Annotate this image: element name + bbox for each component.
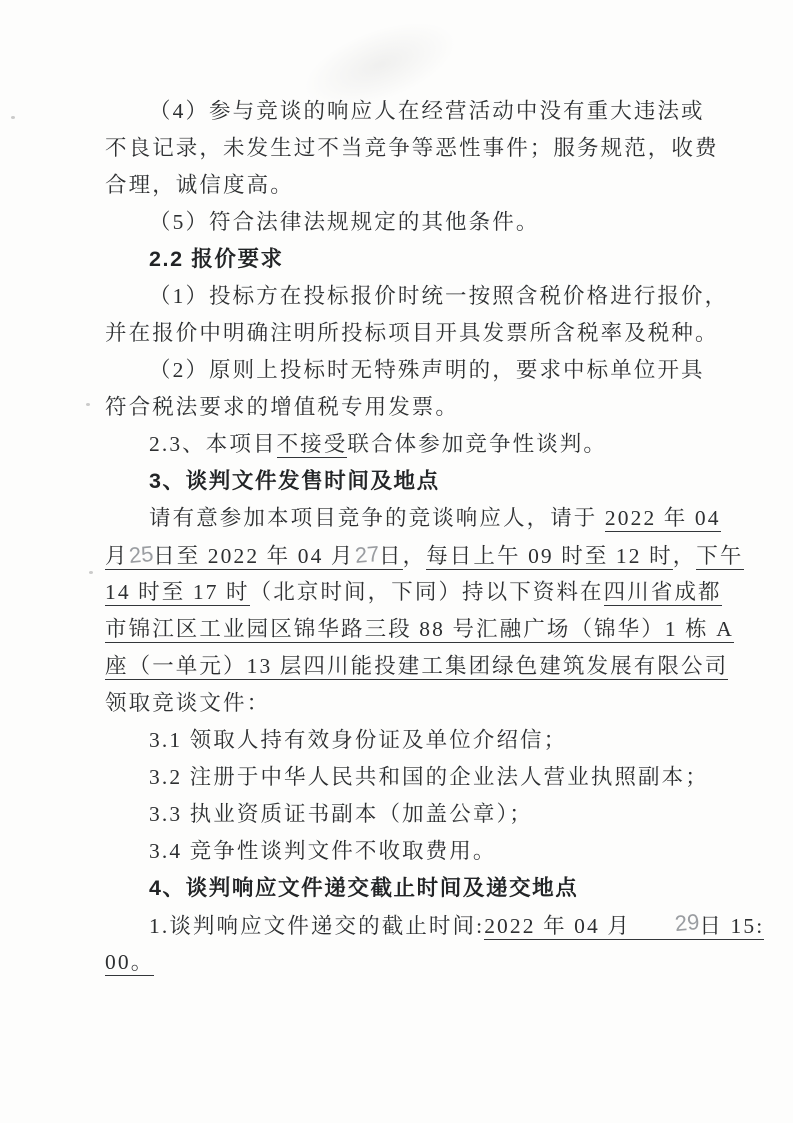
text-segment: 并在报价中明确注明所投标项目开具发票所含税率及税种。	[105, 321, 719, 345]
section-3-line-1: 请有意参加本项目竞争的竞谈响应人，请于 2022 年 04	[105, 500, 695, 537]
text-segment: 不良记录，未发生过不当竞争等恶性事件；服务规范，收费	[105, 136, 719, 160]
heading-text: 3、谈判文件发售时间及地点	[149, 469, 440, 493]
text-segment: （2）原则上投标时无特殊声明的，要求中标单位开具	[149, 358, 705, 382]
section-3-line-6: 领取竞谈文件：	[105, 685, 695, 722]
text-segment: ，	[673, 544, 697, 568]
clause-3-3-line: 3.3 执业资质证书副本（加盖公章）；	[105, 796, 695, 833]
text-segment: 符合税法要求的增值税专用发票。	[105, 395, 459, 419]
section-4-line-1: 1.谈判响应文件递交的截止时间:2022 年 04 月29日 15:	[105, 907, 695, 944]
handwritten-day-27: 27	[353, 535, 381, 574]
underlined-segment: 下午	[696, 544, 743, 570]
heading-text: 2.2 报价要求	[149, 247, 284, 271]
underlined-segment: 日 15:	[699, 914, 764, 940]
section-heading-4: 4、谈判响应文件递交截止时间及递交地点	[105, 870, 695, 907]
underline-blank: 27	[355, 544, 379, 570]
underlined-segment: 2022 年 04 月	[484, 914, 631, 940]
text-segment: 3.3 执业资质证书副本（加盖公章）；	[149, 802, 533, 826]
text-segment: 3.1 领取人持有效身份证及单位介绍信；	[149, 728, 567, 752]
underlined-segment: 每日上午 09 时至 12 时	[426, 544, 673, 570]
document-body: （4）参与竞谈的响应人在经营活动中没有重大违法或 不良记录，未发生过不当竞争等恶…	[105, 93, 695, 981]
clause-3-4-line: 3.4 竞争性谈判文件不收取费用。	[105, 833, 695, 870]
scan-speckle	[89, 571, 93, 574]
underline-blank: 25	[129, 544, 153, 570]
text-segment: 3.4 竞争性谈判文件不收取费用。	[149, 839, 496, 863]
section-3-line-3: 14 时至 17 时（北京时间，下同）持以下资料在四川省成都	[105, 574, 695, 611]
clause-2-2-2-line-1: （2）原则上投标时无特殊声明的，要求中标单位开具	[105, 352, 695, 389]
clause-2-2-2-line-2: 符合税法要求的增值税专用发票。	[105, 389, 695, 426]
underlined-segment: 日	[379, 544, 403, 570]
underlined-segment: 00。	[105, 950, 154, 976]
handwritten-day-25: 25	[127, 535, 155, 574]
document-page: （4）参与竞谈的响应人在经营活动中没有重大违法或 不良记录，未发生过不当竞争等恶…	[0, 0, 793, 1123]
underline-blank: 29	[631, 914, 699, 940]
text-segment: 3.2 注册于中华人民共和国的企业法人营业执照副本；	[149, 765, 709, 789]
clause-2-3-line: 2.3、本项目不接受联合体参加竞争性谈判。	[105, 426, 695, 463]
section-heading-3: 3、谈判文件发售时间及地点	[105, 463, 695, 500]
clause-4-line-2: 不良记录，未发生过不当竞争等恶性事件；服务规范，收费	[105, 130, 695, 167]
text-segment: 1.谈判响应文件递交的截止时间:	[149, 914, 484, 938]
text-segment: ，	[403, 544, 427, 568]
section-3-line-2: 月25日至 2022 年 04 月27日，每日上午 09 时至 12 时，下午	[105, 537, 695, 574]
underlined-segment: 不接受	[277, 432, 348, 458]
handwritten-day-29: 29	[629, 903, 700, 946]
underlined-segment: 四川省成都	[604, 580, 722, 606]
text-segment: （5）符合法律法规规定的其他条件。	[149, 210, 539, 234]
clause-3-1-line: 3.1 领取人持有效身份证及单位介绍信；	[105, 722, 695, 759]
underlined-segment: 2022 年 04	[605, 506, 721, 532]
text-segment: （4）参与竞谈的响应人在经营活动中没有重大违法或	[149, 99, 705, 123]
text-segment: 请有意参加本项目竞争的竞谈响应人，请于	[149, 506, 605, 530]
underlined-segment: 市锦江区工业园区锦华路三段 88 号汇融广场（锦华）1 栋 A	[105, 617, 734, 643]
clause-2-2-1-line-2: 并在报价中明确注明所投标项目开具发票所含税率及税种。	[105, 315, 695, 352]
text-segment: 2.3、本项目	[149, 432, 277, 456]
scan-speckle	[11, 116, 15, 119]
text-segment: （1）投标方在投标报价时统一按照含税价格进行报价，	[149, 284, 728, 308]
clause-5-line: （5）符合法律法规规定的其他条件。	[105, 204, 695, 241]
section-3-line-4: 市锦江区工业园区锦华路三段 88 号汇融广场（锦华）1 栋 A	[105, 611, 695, 648]
text-segment: （北京时间，下同）持以下资料在	[250, 580, 604, 604]
clause-4-line-3: 合理，诚信度高。	[105, 167, 695, 204]
text-segment: 领取竞谈文件：	[105, 691, 270, 715]
section-4-line-2: 00。	[105, 944, 695, 981]
underlined-segment: 座（一单元）13 层四川能投建工集团绿色建筑发展有限公司	[105, 654, 728, 680]
underlined-segment: 14 时至 17 时	[105, 580, 250, 606]
underlined-segment: 日至 2022 年 04 月	[153, 544, 354, 570]
section-heading-2-2: 2.2 报价要求	[105, 241, 695, 278]
clause-4-line-1: （4）参与竞谈的响应人在经营活动中没有重大违法或	[105, 93, 695, 130]
text-segment: 联合体参加竞争性谈判。	[347, 432, 607, 456]
underlined-segment: 月	[105, 544, 129, 570]
scan-speckle	[86, 403, 90, 406]
text-segment: 合理，诚信度高。	[105, 173, 294, 197]
heading-text: 4、谈判响应文件递交截止时间及递交地点	[149, 876, 578, 900]
clause-2-2-1-line-1: （1）投标方在投标报价时统一按照含税价格进行报价，	[105, 278, 695, 315]
clause-3-2-line: 3.2 注册于中华人民共和国的企业法人营业执照副本；	[105, 759, 695, 796]
section-3-line-5: 座（一单元）13 层四川能投建工集团绿色建筑发展有限公司	[105, 648, 695, 685]
